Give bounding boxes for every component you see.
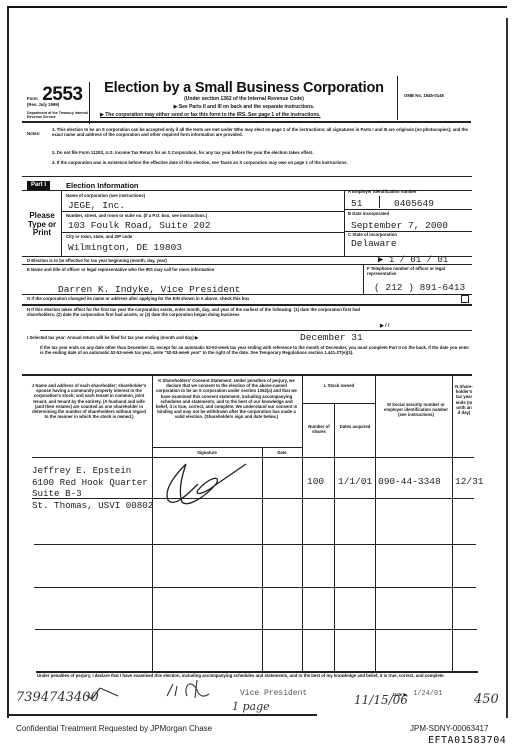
- side-divider: [61, 190, 62, 256]
- signature-scrawl-icon: [158, 460, 250, 508]
- shareholder-address-2[interactable]: Suite B-3: [32, 488, 153, 500]
- street-value[interactable]: 103 Foulk Road, Suite 202: [68, 220, 211, 231]
- declaration-text: Under penalties of perjury, I declare th…: [37, 673, 477, 678]
- col-j-header: J Name and address of each shareholder; …: [30, 383, 148, 419]
- item-i-value[interactable]: December 31: [300, 332, 363, 343]
- rule: [35, 629, 477, 630]
- form-revision: (Rev. July 1999): [27, 102, 87, 107]
- city-label: City or town, state, and ZIP code: [66, 234, 132, 239]
- rule: [62, 232, 344, 233]
- corp-name-label: Name of corporation (see instructions): [66, 193, 145, 198]
- ssn-value[interactable]: 090-44-3348: [378, 476, 441, 487]
- col-m-header: M Social security number or employer ide…: [380, 402, 452, 418]
- col-divider-m: [452, 374, 453, 671]
- col-k-date-header: Date: [263, 450, 301, 455]
- corp-name-value[interactable]: JEGE, Inc.: [68, 200, 125, 211]
- col-n-header: N Share-holder's tax year ends (month an…: [455, 384, 473, 415]
- shareholder-address-3[interactable]: St. Thomas, USVI 00802: [32, 500, 153, 512]
- item-h-label: H If this election takes effect for the …: [27, 307, 387, 317]
- confidential-notice: Confidential Treatment Requested by JPMo…: [16, 724, 212, 733]
- page-edge: [506, 18, 508, 718]
- state-value[interactable]: Delaware: [351, 238, 397, 249]
- ein-label: A Employer identification number: [348, 189, 417, 194]
- rule: [22, 374, 472, 376]
- col-l-header: L Stock owned: [304, 383, 374, 388]
- checkmark-icon: [84, 686, 120, 700]
- note-3: 3. If the corporation was in existence b…: [52, 160, 472, 165]
- shareholder-name[interactable]: Jeffrey E. Epstein: [32, 465, 153, 477]
- part-1-tag: Part I: [27, 181, 50, 190]
- item-h-value[interactable]: ▶ / /: [380, 323, 389, 329]
- col-divider-l-end: [375, 374, 376, 671]
- date-value: 1/24/01: [413, 690, 442, 698]
- col-divider-j: [152, 374, 153, 671]
- bates-number-1: JPM-SDNY-00063417: [410, 724, 488, 733]
- item-e-label: E Name and title of officer or legal rep…: [27, 267, 214, 272]
- col-k-signature-header: Signature: [153, 450, 261, 455]
- ein-value[interactable]: 0405649: [394, 198, 434, 209]
- col-k-header: K Shareholders' Consent Statement. Under…: [154, 378, 299, 420]
- rule: [34, 544, 476, 545]
- bates-number-2: EFTA01583704: [428, 735, 506, 746]
- item-f-label: F Telephone number of officer or legal r…: [367, 266, 471, 276]
- date-incorporated-value[interactable]: September 7, 2000: [351, 220, 448, 231]
- form-title: Election by a Small Business Corporation: [92, 80, 396, 96]
- part-1-title: Election Information: [66, 181, 139, 190]
- instruction-line-2: ▶ The corporation may either send or fax…: [100, 112, 400, 118]
- handwritten-pages: 1 page: [232, 700, 270, 713]
- table-row: Jeffrey E. Epstein 6100 Red Hook Quarter…: [32, 465, 153, 511]
- item-f-value[interactable]: ( 212 ) 891-6413: [374, 282, 465, 293]
- note-2: 2. Do not file Form 1120S, U.S. Income T…: [52, 150, 472, 155]
- omb-number: OMB No. 1545-0146: [404, 93, 444, 98]
- item-i-label: I Selected tax year: Annual return will …: [27, 335, 297, 340]
- please-type-label: Please Type or Print: [24, 212, 60, 238]
- rule: [32, 457, 474, 458]
- state-label: C State of incorporation: [348, 232, 397, 237]
- notes-rule: [22, 176, 472, 177]
- rule: [22, 304, 472, 306]
- item-d-label: D Election is to be effective for tax ye…: [27, 258, 167, 263]
- rule: [152, 447, 302, 448]
- rule: [345, 209, 472, 210]
- note-1: 1. This election to be an S corporation …: [52, 127, 472, 137]
- street-label: Number, street, and room or suite no. (I…: [66, 213, 207, 218]
- item-g-label: G If the corporation changed its name or…: [27, 296, 249, 301]
- officer-title: Vice President: [240, 689, 307, 698]
- tax-year-end-value[interactable]: 12/31: [455, 476, 484, 487]
- ef-divider: [363, 264, 364, 294]
- rule: [34, 587, 476, 588]
- header-rule: [22, 121, 471, 123]
- form-label: Form: [27, 96, 38, 101]
- col-divider-l: [334, 403, 335, 671]
- shareholder-address-1[interactable]: 6100 Red Hook Quarter: [32, 477, 153, 489]
- ein-divider: [379, 196, 380, 208]
- rule: [302, 403, 375, 404]
- form-subtitle: (Under section 1362 of the Internal Reve…: [92, 96, 396, 102]
- ein-prefix[interactable]: 51: [351, 198, 362, 209]
- notes-label: Notes:: [27, 131, 40, 136]
- right-col-divider: [344, 190, 345, 256]
- col-divider-k-end: [302, 374, 303, 671]
- item-i-note: If the tax year ends on any date other t…: [40, 345, 472, 355]
- acquired-value[interactable]: 1/1/01: [338, 476, 372, 487]
- city-value[interactable]: Wilmington, DE 19803: [68, 242, 182, 253]
- date-label: Date ▶: [393, 692, 407, 697]
- rule: [22, 294, 472, 295]
- item-g-checkbox[interactable]: [461, 295, 469, 303]
- rule: [62, 211, 344, 212]
- instruction-line-1: ▶ See Parts II and III on back and the s…: [92, 104, 396, 110]
- handwritten-code: 450: [474, 692, 499, 707]
- department-label: Department of the Treasury Internal Reve…: [27, 111, 89, 120]
- col-l-shares-header: Number of shares: [304, 424, 334, 434]
- bottom-rule: [7, 714, 317, 716]
- rule: [40, 330, 472, 331]
- header-divider-left: [89, 82, 90, 124]
- col-l-dates-header: Dates acquired: [336, 424, 374, 429]
- shares-value[interactable]: 100: [307, 476, 324, 487]
- rule: [22, 264, 472, 265]
- col-divider-k: [262, 447, 263, 671]
- date-incorporated-label: B Date incorporated: [348, 211, 389, 216]
